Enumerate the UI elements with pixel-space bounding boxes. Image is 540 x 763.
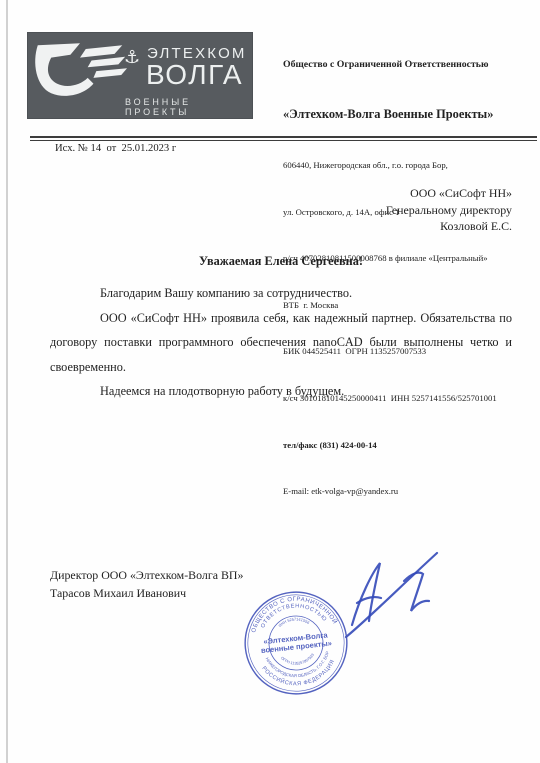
signature-block: Директор ООО «Элтехком-Волга ВП» Тарасов… <box>50 567 243 602</box>
org-phone-line: тел/факс (831) 424-00-14 <box>283 440 535 451</box>
body-paragraph-1: Благодарим Вашу компанию за сотрудничест… <box>50 281 512 306</box>
svg-text:ИНН 5257141556: ИНН 5257141556 <box>277 615 311 628</box>
logo-company-name-main: ВОЛГА <box>146 59 243 91</box>
signer-name: Тарасов Михаил Иванович <box>50 585 243 603</box>
scan-edge-artifact <box>6 0 8 763</box>
svg-text:ОБЩЕСТВО С ОГРАНИЧЕННОЙ: ОБЩЕСТВО С ОГРАНИЧЕННОЙ <box>248 592 340 634</box>
ship-mark-icon <box>32 42 128 106</box>
recipient-position: Генеральному директору <box>386 202 512 219</box>
company-logo: ⚓ ЭЛТЕХКОМ ВОЛГА ВОЕННЫЕ ПРОЕКТЫ <box>28 33 252 118</box>
handwritten-signature <box>340 547 445 642</box>
stamp-org-type-arc-1: ОБЩЕСТВО С ОГРАНИЧЕННОЙ <box>248 592 340 634</box>
recipient-block: ООО «СиСофт НН» Генеральному директору К… <box>386 185 512 235</box>
stamp-ogrn-arc: ОГРН 1135257007533 <box>280 653 316 668</box>
org-name: «Элтехком-Волга Военные Проекты» <box>283 107 535 122</box>
stamp-svg: ОБЩЕСТВО С ОГРАНИЧЕННОЙ ОТВЕТСТВЕННОСТЬЮ… <box>237 584 356 703</box>
header-divider <box>30 136 537 141</box>
salutation: Уважаемая Елена Сергеевна! <box>50 254 512 269</box>
recipient-company: ООО «СиСофт НН» <box>386 185 512 202</box>
stamp-inn-arc: ИНН 5257141556 <box>277 615 311 628</box>
logo-tagline: ВОЕННЫЕ ПРОЕКТЫ <box>125 97 252 117</box>
signer-title: Директор ООО «Элтехком-Волга ВП» <box>50 567 243 585</box>
letter-page: ⚓ ЭЛТЕХКОМ ВОЛГА ВОЕННЫЕ ПРОЕКТЫ Обществ… <box>0 0 540 763</box>
recipient-name: Козловой Е.С. <box>386 218 512 235</box>
company-stamp: ОБЩЕСТВО С ОГРАНИЧЕННОЙ ОТВЕТСТВЕННОСТЬЮ… <box>237 584 356 703</box>
anchor-icon: ⚓ <box>124 47 140 68</box>
org-email-line: E-mail: etk-volga-vp@yandex.ru <box>283 486 535 497</box>
org-address-line-1: 606440, Нижегородская обл., г.о. города … <box>283 160 535 171</box>
body-paragraph-2: ООО «СиСофт НН» проявила себя, как надеж… <box>50 306 512 380</box>
letter-body: Уважаемая Елена Сергеевна! Благодарим Ва… <box>50 254 512 404</box>
svg-text:ОГРН 1135257007533: ОГРН 1135257007533 <box>280 653 316 668</box>
body-paragraph-3: Надеемся на плодотворную работу в будуще… <box>50 379 512 404</box>
org-type: Общество с Ограниченной Ответственностью <box>283 59 535 71</box>
outgoing-reference: Исх. № 14 от 25.01.2023 г <box>55 143 176 154</box>
